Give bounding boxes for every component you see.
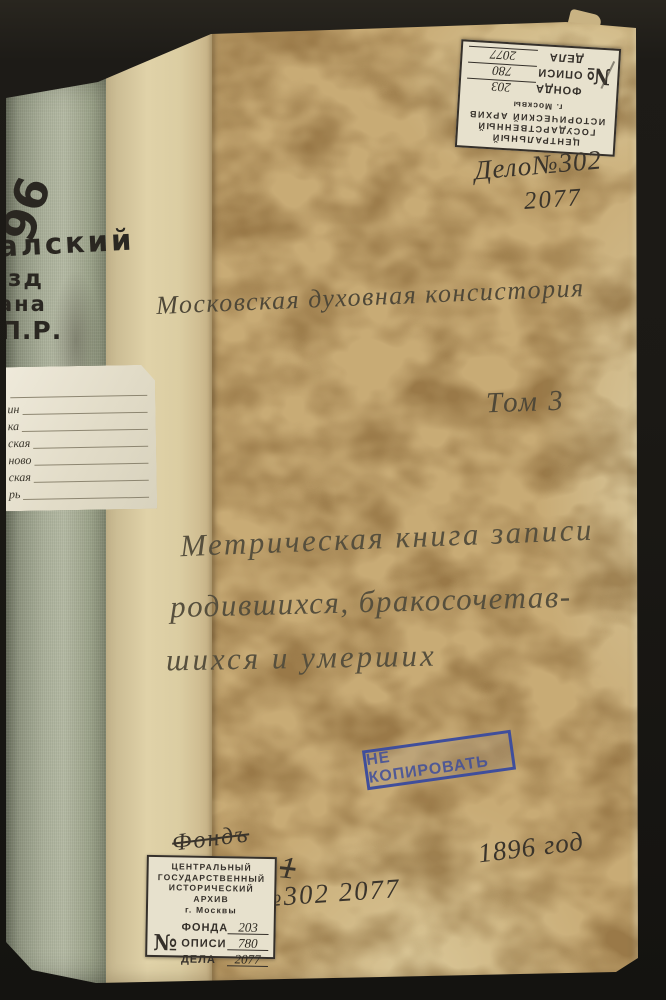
archive-org-name: ЦЕНТРАЛЬНЫЙ ГОСУДАРСТВЕННЫЙ ИСТОРИЧЕСКИЙ… <box>153 861 270 917</box>
archive-rows: ФОНДА 203 ОПИСИ 780 ДЕЛА 2077 <box>466 44 584 99</box>
archive-row: ОПИСИ 780 <box>181 935 268 951</box>
volume-number: Том 3 <box>485 385 565 421</box>
archive-row: ФОНДА 203 <box>181 919 268 935</box>
case-note-line2: 2077 <box>523 184 583 216</box>
archive-org-line: ИСТОРИЧЕСКИЙ АРХИВ <box>153 882 269 905</box>
spine-uezd-fragment: зд <box>8 266 44 292</box>
fond-value: 203 <box>466 78 536 96</box>
opis-label: ОПИСИ <box>181 937 227 950</box>
spine-label-row: ка <box>8 413 148 432</box>
spine-label-row: ин <box>7 396 147 415</box>
fond-value: 203 <box>227 920 268 935</box>
photo-backdrop: 96 алский зд ана П.Р. ин ка ская <box>0 0 666 1000</box>
archive-org-line: г. Москвы <box>153 904 269 917</box>
delo-label: ДЕЛА <box>537 50 584 65</box>
spine-ruled-label: ин ка ская ново ская рь <box>3 365 157 512</box>
archive-rows: ФОНДА 203 ОПИСИ 780 ДЕЛА 2077 <box>181 919 269 969</box>
delo-value: 2077 <box>468 46 538 64</box>
spine-label-fragment: рь <box>9 488 21 500</box>
archive-label-top: ЦЕНТРАЛЬНЫЙ ГОСУДАРСТВЕННЫЙ ИСТОРИЧЕСКИЙ… <box>455 39 621 157</box>
spine-label-fragment: ская <box>8 437 30 449</box>
fond-label: ФОНДА <box>181 921 227 934</box>
spine-label-fragment: ская <box>9 471 31 483</box>
book-title-line3: шихся и умерших <box>166 638 437 679</box>
archive-row: ДЕЛА 2077 <box>181 951 268 967</box>
spine-label-fragment: ин <box>7 403 19 415</box>
archive-number-table: № ФОНДА 203 ОПИСИ 780 ДЕЛА 2077 <box>152 918 269 968</box>
spine-district-fragment: алский <box>0 222 135 263</box>
book-cover: 96 алский зд ана П.Р. ин ка ская <box>6 20 638 986</box>
delo-label: ДЕЛА <box>181 953 227 966</box>
ruled-line <box>24 497 150 500</box>
spine-name-fragment: ана <box>0 292 47 316</box>
opis-label: ОПИСИ <box>536 66 583 81</box>
opis-value: 780 <box>467 62 537 80</box>
spine-label-fragment: ново <box>8 454 31 466</box>
spine-label-row: ская <box>8 430 148 449</box>
delo-value: 2077 <box>227 952 268 967</box>
spine-initials-fragment: П.Р. <box>0 316 62 345</box>
archive-org-name: ЦЕНТРАЛЬНЫЙ ГОСУДАРСТВЕННЫЙ ИСТОРИЧЕСКИЙ… <box>463 96 609 150</box>
numero-symbol: № <box>153 930 177 956</box>
spine-label-fragment: ка <box>8 420 20 432</box>
fond-label: ФОНДА <box>535 82 582 97</box>
opis-value: 780 <box>227 936 268 951</box>
archive-label-bottom: ЦЕНТРАЛЬНЫЙ ГОСУДАРСТВЕННЫЙ ИСТОРИЧЕСКИЙ… <box>145 855 277 959</box>
spine-label-row <box>7 379 147 398</box>
